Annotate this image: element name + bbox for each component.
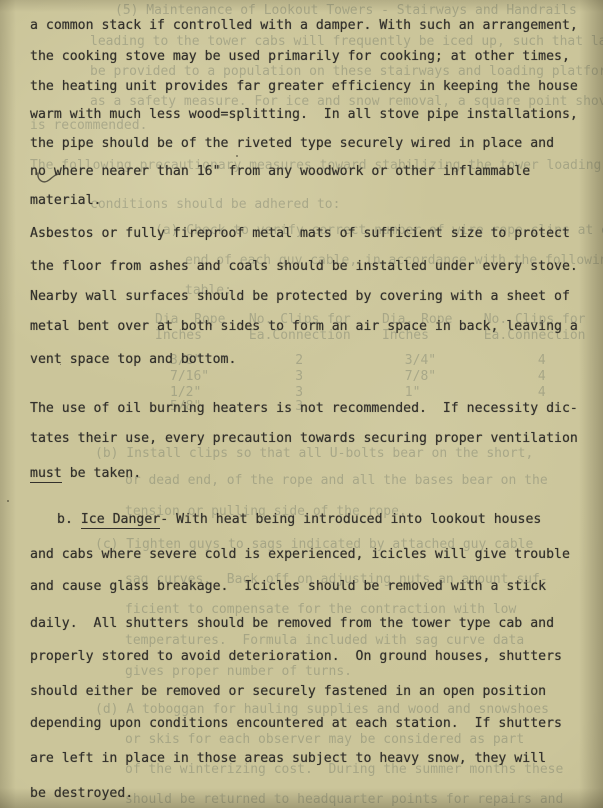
text-line: are left in place in those areas subject… xyxy=(30,750,546,767)
text-line: the pipe should be of the riveted type s… xyxy=(30,135,554,152)
ghost-text-line: gives proper number of turns. xyxy=(125,663,352,680)
text-line: be destroyed. xyxy=(30,785,133,802)
text-line: Asbestos or fully fireproof metal mats o… xyxy=(30,225,570,242)
ghost-text-line: temperatures. Formula included with sag … xyxy=(125,632,524,649)
ghost-text-line: (b) Install clips so that all U-bolts be… xyxy=(95,445,533,462)
text-line: tates their use, every precaution toward… xyxy=(30,430,578,447)
ghost-text-line: or skis for each observer may be conside… xyxy=(125,731,524,748)
text-line: metal bent over at both sides to form an… xyxy=(30,318,578,335)
ghost-text-line: or dead end, of the rope and all the bas… xyxy=(125,472,548,489)
text-line: the cooking stove may be used primarily … xyxy=(30,48,570,65)
text-line: daily. All shutters should be removed fr… xyxy=(30,615,554,632)
ink-speck xyxy=(60,364,61,365)
text-line: must be taken. xyxy=(30,465,141,482)
text-line: the heating unit provides far greater ef… xyxy=(30,78,578,95)
text-line: depending upon conditions encountered at… xyxy=(30,715,562,732)
text-line: a common stack if controlled with a damp… xyxy=(30,17,578,34)
text-line: should either be removed or securely fas… xyxy=(30,683,546,700)
text-line: b. Ice Danger- With heat being introduce… xyxy=(57,511,541,528)
ghost-text-line: should be returned to headquarter points… xyxy=(125,791,563,808)
ghost-text-line: conditions should be adhered to: xyxy=(90,196,340,213)
text-line: and cause glass breakage. Icicles should… xyxy=(30,578,546,595)
scanned-document-page: (5) Maintenance of Lookout Towers - Stai… xyxy=(0,0,603,808)
text-line: material. xyxy=(30,192,101,209)
ink-speck xyxy=(7,500,9,502)
text-line: Nearby wall surfaces should be protected… xyxy=(30,288,570,305)
text-line: properly stored to avoid deterioration. … xyxy=(30,648,562,665)
text-line: and cabs where severe cold is experience… xyxy=(30,546,570,563)
text-line: no where nearer than 16" from any woodwo… xyxy=(30,163,530,180)
handwritten-mark xyxy=(36,171,62,185)
ink-speck xyxy=(236,155,238,157)
text-line: vent space top and bottom. xyxy=(30,351,236,368)
text-line: the floor from ashes and coals should be… xyxy=(30,258,578,275)
ghost-text-line: 7/16" 3 7/8" 4 xyxy=(170,368,546,385)
text-line: The use of oil burning heaters is not re… xyxy=(30,400,578,417)
text-line: warm with much less wood=splitting. In a… xyxy=(30,106,578,123)
